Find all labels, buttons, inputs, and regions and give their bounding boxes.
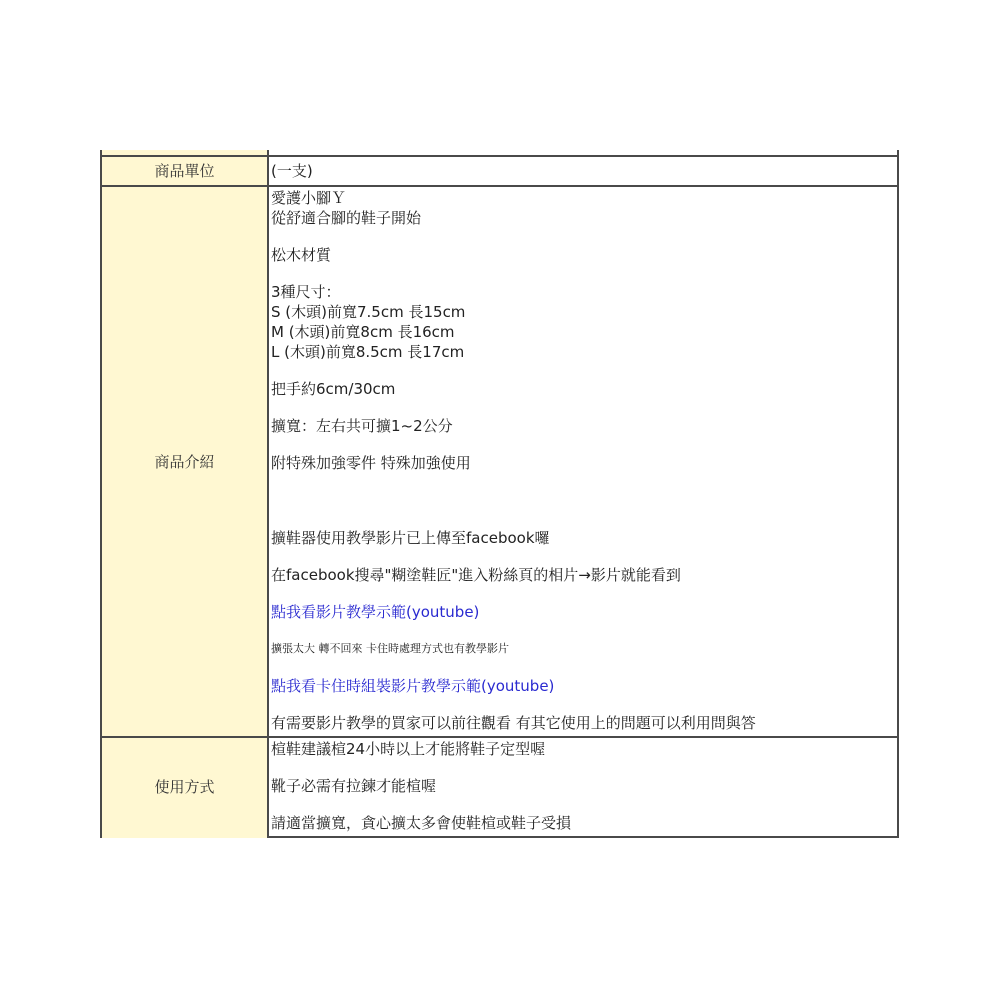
intro-note: 擴張太大 轉不回來 卡住時處理方式也有教學影片 bbox=[271, 639, 897, 659]
product-spec-table-viewport: 商品單位 (一支) 商品介紹 愛護小腳Ｙ 從舒適合腳的鞋子開始 松木材質 3種尺… bbox=[100, 150, 900, 838]
youtube-tutorial-link[interactable]: 點我看影片教學示範(youtube) bbox=[271, 602, 897, 622]
youtube-stuck-assembly-link[interactable]: 點我看卡住時組裝影片教學示範(youtube) bbox=[271, 676, 897, 696]
intro-line: 從舒適合腳的鞋子開始 bbox=[271, 208, 897, 228]
intro-line: 愛護小腳Ｙ bbox=[271, 188, 897, 208]
intro-line: 在facebook搜尋"糊塗鞋匠"進入粉絲頁的相片→影片就能看到 bbox=[271, 565, 897, 585]
intro-line: 3種尺寸： bbox=[271, 282, 897, 302]
usage-line: 靴子必需有拉鍊才能楦喔 bbox=[271, 776, 897, 796]
intro-line: 有需要影片教學的買家可以前往觀看 有其它使用上的問題可以利用問與答 bbox=[271, 713, 897, 733]
introduction-label: 商品介紹 bbox=[101, 186, 268, 737]
usage-line: 楦鞋建議楦24小時以上才能將鞋子定型喔 bbox=[271, 739, 897, 759]
unit-value: (一支) bbox=[268, 156, 898, 186]
unit-value-text: (一支) bbox=[271, 162, 313, 180]
intro-line: 把手約6cm/30cm bbox=[271, 379, 897, 399]
unit-label: 商品單位 bbox=[101, 156, 268, 186]
usage-line: 請適當擴寬，貪心擴太多會使鞋楦或鞋子受損 bbox=[271, 813, 897, 833]
intro-line: 松木材質 bbox=[271, 245, 897, 265]
product-spec-table: 商品單位 (一支) 商品介紹 愛護小腳Ｙ 從舒適合腳的鞋子開始 松木材質 3種尺… bbox=[100, 155, 899, 838]
intro-line: 擴鞋器使用教學影片已上傳至facebook囉 bbox=[271, 528, 897, 548]
intro-line: 附特殊加強零件 特殊加強使用 bbox=[271, 453, 897, 473]
table-row-introduction: 商品介紹 愛護小腳Ｙ 從舒適合腳的鞋子開始 松木材質 3種尺寸： S (木頭)前… bbox=[101, 186, 898, 737]
size-m: M (木頭)前寬8cm 長16cm bbox=[271, 322, 897, 342]
size-l: L (木頭)前寬8.5cm 長17cm bbox=[271, 342, 897, 362]
table-row-usage: 使用方式 楦鞋建議楦24小時以上才能將鞋子定型喔 靴子必需有拉鍊才能楦喔 請適當… bbox=[101, 737, 898, 837]
table-row-unit: 商品單位 (一支) bbox=[101, 156, 898, 186]
usage-value: 楦鞋建議楦24小時以上才能將鞋子定型喔 靴子必需有拉鍊才能楦喔 請適當擴寬，貪心… bbox=[268, 737, 898, 837]
next-row-stub bbox=[100, 836, 899, 838]
size-s: S (木頭)前寬7.5cm 長15cm bbox=[271, 302, 897, 322]
usage-label: 使用方式 bbox=[101, 737, 268, 837]
introduction-value: 愛護小腳Ｙ 從舒適合腳的鞋子開始 松木材質 3種尺寸： S (木頭)前寬7.5c… bbox=[268, 186, 898, 737]
intro-line: 擴寬：左右共可擴1~2公分 bbox=[271, 416, 897, 436]
